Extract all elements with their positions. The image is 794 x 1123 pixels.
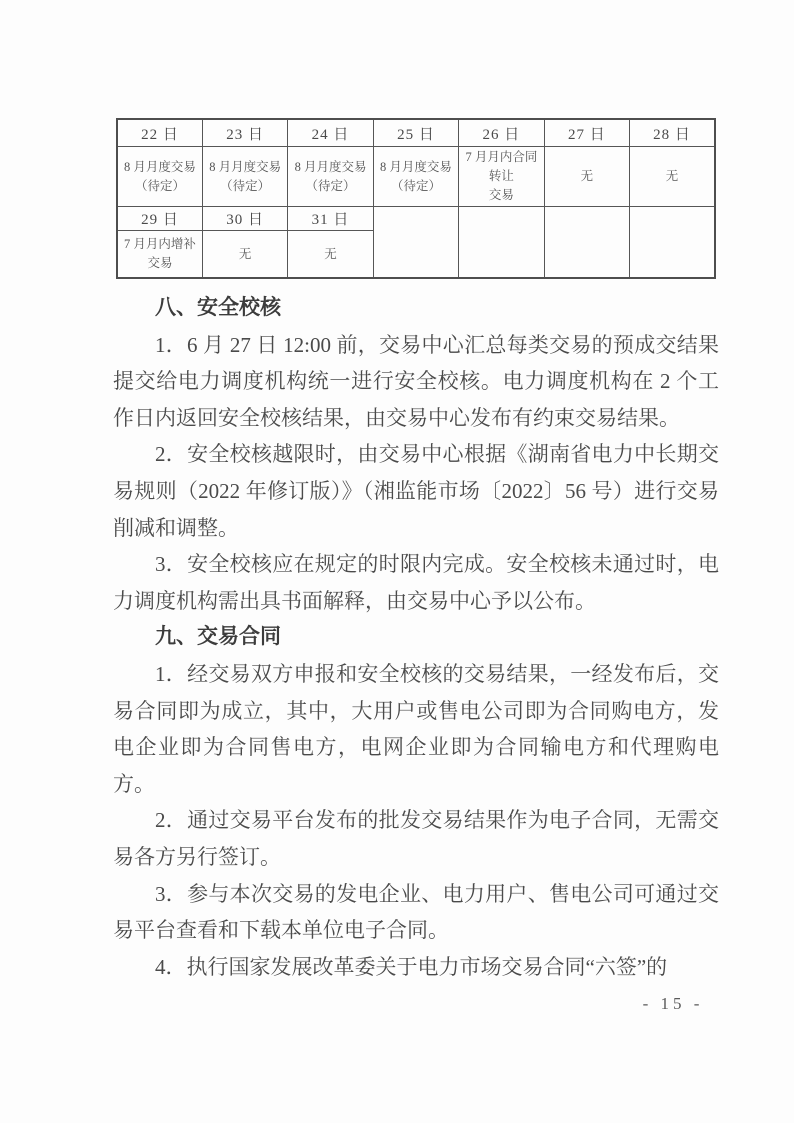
section-trading-contract: 九、交易合同 1．经交易双方申报和安全校核的交易结果，一经发布后，交易合同即为成…	[113, 619, 719, 985]
event-cell: 无	[544, 147, 629, 207]
trading-calendar-table: 22 日 23 日 24 日 25 日 26 日 27 日 28 日 8 月月度…	[116, 118, 716, 279]
section-heading: 九、交易合同	[113, 619, 719, 656]
document-page: 22 日 23 日 24 日 25 日 26 日 27 日 28 日 8 月月度…	[0, 0, 794, 1123]
paragraph: 2．安全校核越限时，由交易中心根据《湖南省电力中长期交易规则（2022 年修订版…	[113, 436, 719, 546]
paragraph: 1．6 月 27 日 12:00 前，交易中心汇总每类交易的预成交结果提交给电力…	[113, 327, 719, 437]
date-cell: 23 日	[202, 119, 287, 147]
table-row: 8 月月度交易 （待定） 8 月月度交易 （待定） 8 月月度交易 （待定） 8…	[117, 147, 715, 207]
event-cell: 无	[288, 231, 373, 279]
empty-cell	[630, 207, 715, 279]
date-cell: 31 日	[288, 207, 373, 231]
event-cell: 8 月月度交易 （待定）	[117, 147, 202, 207]
section-security-check: 八、安全校核 1．6 月 27 日 12:00 前，交易中心汇总每类交易的预成交…	[113, 290, 719, 619]
event-cell: 无	[202, 231, 287, 279]
empty-cell	[544, 207, 629, 279]
paragraph: 4．执行国家发展改革委关于电力市场交易合同“六签”的	[113, 949, 719, 986]
event-cell: 8 月月度交易 （待定）	[288, 147, 373, 207]
paragraph: 3．安全校核应在规定的时限内完成。安全校核未通过时，电力调度机构需出具书面解释，…	[113, 546, 719, 619]
event-cell: 无	[630, 147, 715, 207]
date-cell: 28 日	[630, 119, 715, 147]
section-heading: 八、安全校核	[113, 290, 719, 327]
table-row: 22 日 23 日 24 日 25 日 26 日 27 日 28 日	[117, 119, 715, 147]
date-cell: 25 日	[373, 119, 458, 147]
paragraph: 3．参与本次交易的发电企业、电力用户、售电公司可通过交易平台查看和下载本单位电子…	[113, 876, 719, 949]
empty-cell	[459, 207, 544, 279]
date-cell: 24 日	[288, 119, 373, 147]
date-cell: 29 日	[117, 207, 202, 231]
empty-cell	[373, 207, 458, 279]
event-cell: 8 月月度交易 （待定）	[202, 147, 287, 207]
date-cell: 30 日	[202, 207, 287, 231]
paragraph: 2．通过交易平台发布的批发交易结果作为电子合同，无需交易各方另行签订。	[113, 802, 719, 875]
table-row: 29 日 30 日 31 日	[117, 207, 715, 231]
date-cell: 27 日	[544, 119, 629, 147]
event-cell: 8 月月度交易 （待定）	[373, 147, 458, 207]
paragraph: 1．经交易双方申报和安全校核的交易结果，一经发布后，交易合同即为成立，其中，大用…	[113, 656, 719, 802]
page-content: 22 日 23 日 24 日 25 日 26 日 27 日 28 日 8 月月度…	[113, 118, 719, 985]
date-cell: 22 日	[117, 119, 202, 147]
event-cell: 7 月月内增补 交易	[117, 231, 202, 279]
event-cell: 7 月月内合同转让 交易	[459, 147, 544, 207]
document-body: 八、安全校核 1．6 月 27 日 12:00 前，交易中心汇总每类交易的预成交…	[113, 290, 719, 985]
page-number: - 15 -	[628, 994, 718, 1014]
date-cell: 26 日	[459, 119, 544, 147]
